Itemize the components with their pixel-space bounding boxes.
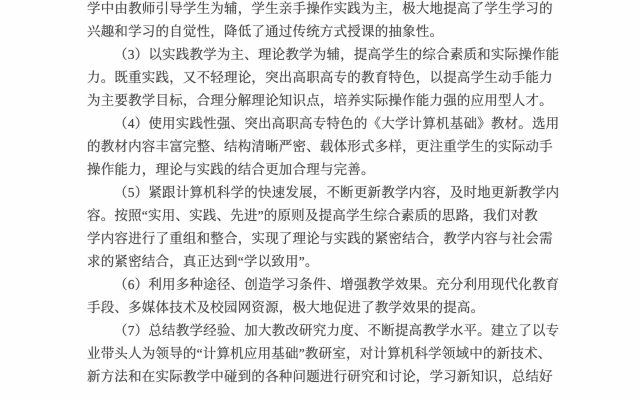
text-line: 为主要教学目标，合理分解理论知识点，培养实际操作能力强的应用型人才。: [87, 89, 559, 112]
text-line: （5）紧跟计算机科学的快速发展，不断更新教学内容，及时地更新教学内: [87, 181, 559, 204]
text-block: 学中由教师引导学生为辅，学生亲手操作实践为主，极大地提高了学生学习的 兴趣和学习…: [87, 0, 559, 388]
text-line: 学内容进行了重组和整合，实现了理论与实践的紧密结合，教学内容与社会需: [87, 227, 559, 250]
text-line: （4）使用实践性强、突出高职高专特色的《大学计算机基础》教材。选用: [87, 112, 559, 135]
text-line: 学中由教师引导学生为辅，学生亲手操作实践为主，极大地提高了学生学习的: [87, 0, 559, 20]
text-line: 手段、多媒体技术及校园网资源，极大地促进了教学效果的提高。: [87, 296, 559, 319]
text-line: 容。按照“实用、实践、先进”的原则及提高学生综合素质的思路，我们对教: [87, 204, 559, 227]
text-line: 求的紧密结合，真正达到“学以致用”。: [87, 250, 559, 273]
text-line: 新方法和在实际教学中碰到的各种问题进行研究和讨论，学习新知识，总结好: [87, 365, 559, 388]
text-line: （7）总结教学经验、加大教改研究力度、不断提高教学水平。建立了以专: [87, 319, 559, 342]
text-line: 力。既重实践，又不轻理论，突出高职高专的教育特色，以提高学生动手能力: [87, 66, 559, 89]
text-line: （6）利用多种途径、创造学习条件、增强教学效果。充分利用现代化教育: [87, 273, 559, 296]
text-line: 操作能力，理论与实践的结合更加合理与完善。: [87, 158, 559, 181]
scanned-page: 学中由教师引导学生为辅，学生亲手操作实践为主，极大地提高了学生学习的 兴趣和学习…: [0, 0, 640, 400]
text-line: 业带头人为领导的“计算机应用基础”教研室，对计算机科学领域中的新技术、: [87, 342, 559, 365]
text-line: 的教材内容丰富完整、结构清晰严密、载体形式多样，更注重学生的实际动手: [87, 135, 559, 158]
text-line: 兴趣和学习的自觉性，降低了通过传统方式授课的抽象性。: [87, 20, 559, 43]
text-line: （3）以实践教学为主、理论教学为辅，提高学生的综合素质和实际操作能: [87, 43, 559, 66]
